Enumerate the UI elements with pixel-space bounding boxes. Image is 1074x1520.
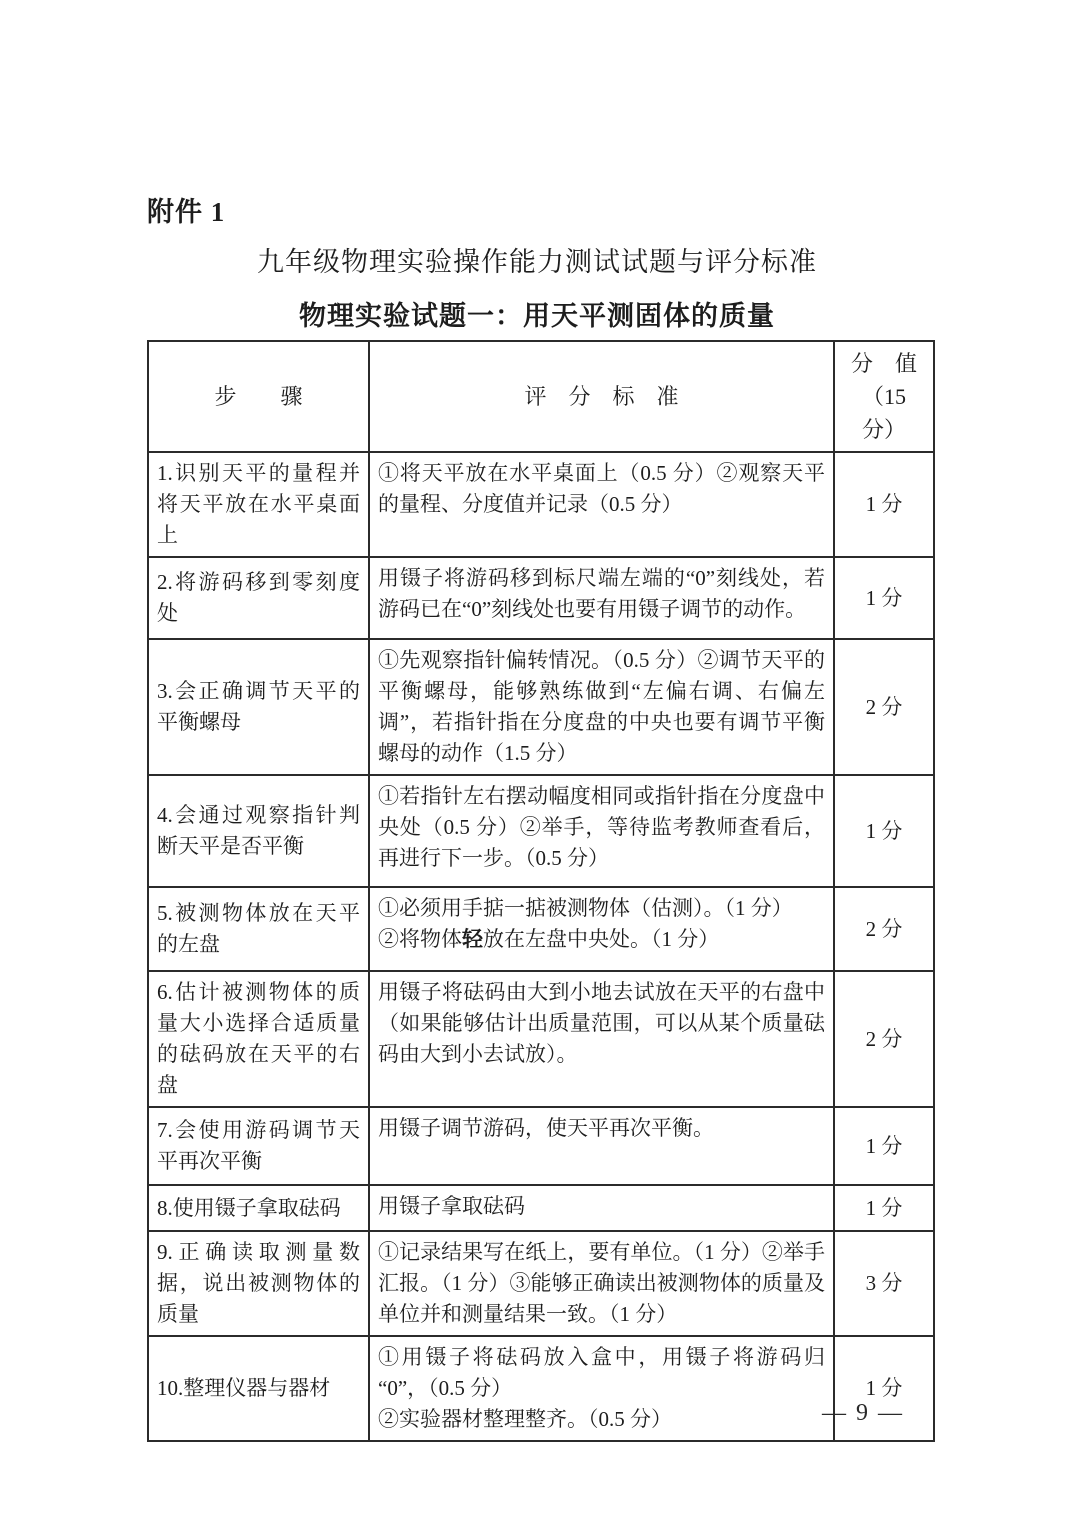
table-header-row: 步 骤 评 分 标 准 分 值 （15 分） bbox=[148, 341, 934, 452]
score-cell: 2 分 bbox=[834, 971, 934, 1107]
step-cell: 1.识别天平的量程并将天平放在水平桌面上 bbox=[148, 452, 369, 557]
scoring-rubric-table: 步 骤 评 分 标 准 分 值 （15 分） 1.识别天平的量程并将天平放在水平… bbox=[147, 340, 935, 1442]
criteria-cell: 用镊子调节游码，使天平再次平衡。 bbox=[369, 1107, 834, 1185]
header-score-line1: 分 值 bbox=[843, 347, 925, 380]
step-cell: 6.估计被测物体的质量大小选择合适质量的砝码放在天平的右盘 bbox=[148, 971, 369, 1107]
criteria-cell: ①用镊子将砝码放入盒中，用镊子将游码归“0”，（0.5 分） ②实验器材整理整齐… bbox=[369, 1336, 834, 1441]
criteria-cell: 用镊子拿取砝码 bbox=[369, 1185, 834, 1231]
score-cell: 1 分 bbox=[834, 1107, 934, 1185]
score-cell: 3 分 bbox=[834, 1231, 934, 1336]
table-row: 7.会使用游码调节天平再次平衡 用镊子调节游码，使天平再次平衡。 1 分 bbox=[148, 1107, 934, 1185]
step-cell: 2.将游码移到零刻度处 bbox=[148, 557, 369, 639]
step-cell: 3.会正确调节天平的平衡螺母 bbox=[148, 639, 369, 775]
criteria-cell: ①若指针左右摆动幅度相同或指针指在分度盘中央处（0.5 分）②举手，等待监考教师… bbox=[369, 775, 834, 887]
score-cell: 1 分 bbox=[834, 1185, 934, 1231]
header-score: 分 值 （15 分） bbox=[834, 341, 934, 452]
document-page: { "page": { "attachment_label": "附件 1", … bbox=[0, 0, 1074, 1520]
table-row: 2.将游码移到零刻度处 用镊子将游码移到标尺端左端的“0”刻线处，若游码已在“0… bbox=[148, 557, 934, 639]
step-cell: 4.会通过观察指针判断天平是否平衡 bbox=[148, 775, 369, 887]
table-row: 9.正确读取测量数据，说出被测物体的质量 ①记录结果写在纸上，要有单位。（1 分… bbox=[148, 1231, 934, 1336]
criteria-cell: ①先观察指针偏转情况。（0.5 分）②调节天平的平衡螺母，能够熟练做到“左偏右调… bbox=[369, 639, 834, 775]
table-row: 3.会正确调节天平的平衡螺母 ①先观察指针偏转情况。（0.5 分）②调节天平的平… bbox=[148, 639, 934, 775]
criteria-text: ②将物体 bbox=[378, 927, 462, 951]
table-row: 8.使用镊子拿取砝码 用镊子拿取砝码 1 分 bbox=[148, 1185, 934, 1231]
step-cell: 8.使用镊子拿取砝码 bbox=[148, 1185, 369, 1231]
section-title: 物理实验试题一：用天平测固体的质量 bbox=[0, 294, 1074, 333]
score-cell: 2 分 bbox=[834, 887, 934, 971]
header-step: 步 骤 bbox=[148, 341, 369, 452]
score-cell: 1 分 bbox=[834, 452, 934, 557]
criteria-line: ②将物体轻放在左盘中央处。（1 分） bbox=[378, 924, 825, 955]
table-row: 5.被测物体放在天平的左盘 ①必须用手掂一掂被测物体（估测）。（1 分） ②将物… bbox=[148, 887, 934, 971]
criteria-cell: ①必须用手掂一掂被测物体（估测）。（1 分） ②将物体轻放在左盘中央处。（1 分… bbox=[369, 887, 834, 971]
header-criteria: 评 分 标 准 bbox=[369, 341, 834, 452]
table-row: 6.估计被测物体的质量大小选择合适质量的砝码放在天平的右盘 用镊子将砝码由大到小… bbox=[148, 971, 934, 1107]
criteria-bold-text: 轻 bbox=[462, 927, 483, 951]
criteria-line: ②实验器材整理整齐。（0.5 分） bbox=[378, 1404, 825, 1435]
score-cell: 1 分 bbox=[834, 775, 934, 887]
document-title: 九年级物理实验操作能力测试试题与评分标准 bbox=[0, 240, 1074, 279]
score-cell: 2 分 bbox=[834, 639, 934, 775]
step-cell: 7.会使用游码调节天平再次平衡 bbox=[148, 1107, 369, 1185]
table-row: 1.识别天平的量程并将天平放在水平桌面上 ①将天平放在水平桌面上（0.5 分）②… bbox=[148, 452, 934, 557]
criteria-cell: 用镊子将游码移到标尺端左端的“0”刻线处，若游码已在“0”刻线处也要有用镊子调节… bbox=[369, 557, 834, 639]
step-cell: 5.被测物体放在天平的左盘 bbox=[148, 887, 369, 971]
criteria-line: ①用镊子将砝码放入盒中，用镊子将游码归“0”，（0.5 分） bbox=[378, 1342, 825, 1404]
criteria-cell: ①将天平放在水平桌面上（0.5 分）②观察天平的量程、分度值并记录（0.5 分） bbox=[369, 452, 834, 557]
attachment-label: 附件 1 bbox=[147, 190, 225, 229]
step-cell: 10.整理仪器与器材 bbox=[148, 1336, 369, 1441]
table-row: 10.整理仪器与器材 ①用镊子将砝码放入盒中，用镊子将游码归“0”，（0.5 分… bbox=[148, 1336, 934, 1441]
table-row: 4.会通过观察指针判断天平是否平衡 ①若指针左右摆动幅度相同或指针指在分度盘中央… bbox=[148, 775, 934, 887]
criteria-cell: 用镊子将砝码由大到小地去试放在天平的右盘中（如果能够估计出质量范围，可以从某个质… bbox=[369, 971, 834, 1107]
page-number: — 9 — bbox=[822, 1400, 904, 1427]
criteria-text: 放在左盘中央处。（1 分） bbox=[483, 927, 719, 951]
score-cell: 1 分 bbox=[834, 557, 934, 639]
criteria-cell: ①记录结果写在纸上，要有单位。（1 分）②举手汇报。（1 分）③能够正确读出被测… bbox=[369, 1231, 834, 1336]
criteria-line: ①必须用手掂一掂被测物体（估测）。（1 分） bbox=[378, 893, 825, 924]
header-score-line2: （15 分） bbox=[843, 380, 925, 446]
step-cell: 9.正确读取测量数据，说出被测物体的质量 bbox=[148, 1231, 369, 1336]
